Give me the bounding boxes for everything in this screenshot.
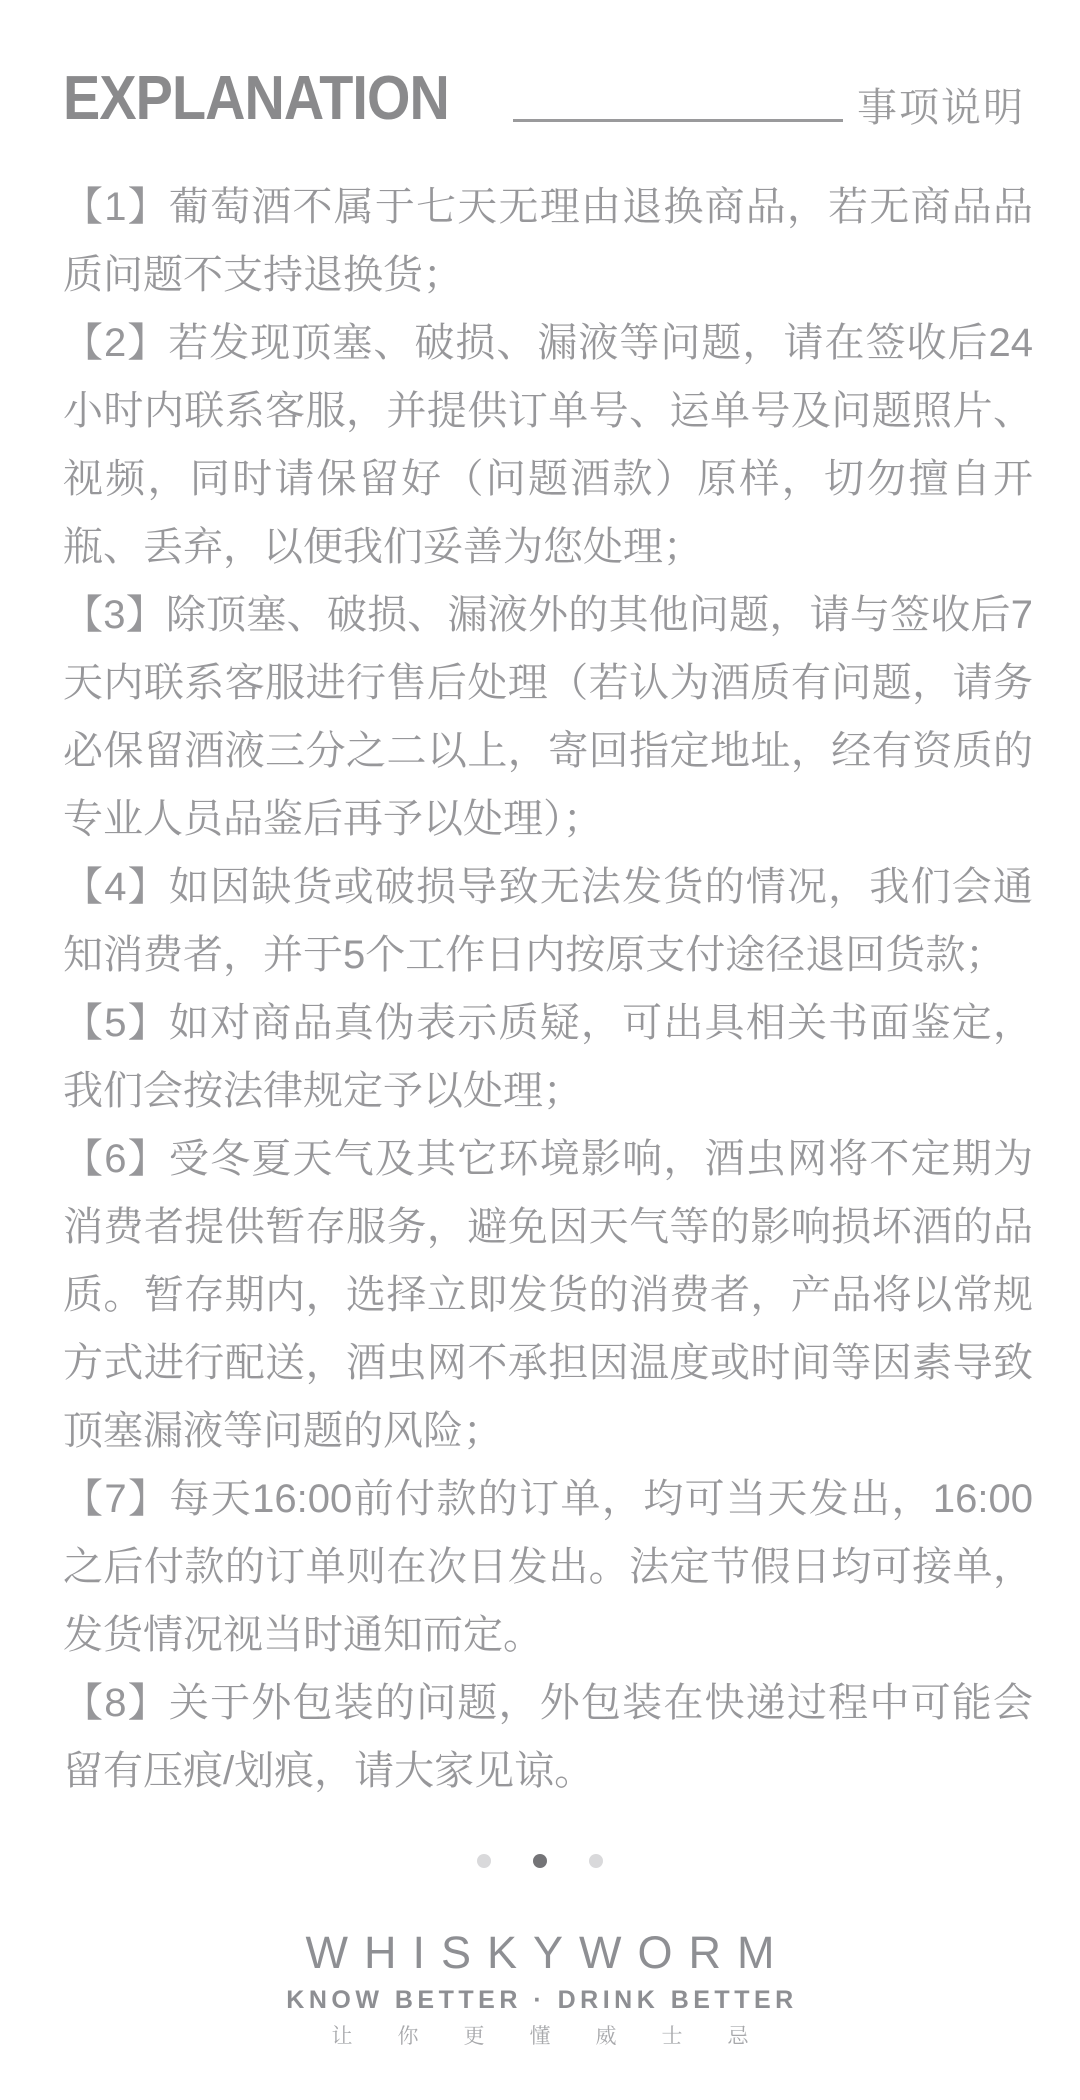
brand-slogan-en: KNOW BETTER · DRINK BETTER	[0, 1988, 1080, 2013]
brand-name: WHISKYWORM	[0, 1930, 1080, 1975]
product-description-page: EXPLANATION 事项说明 【1】葡萄酒不属于七天无理由退换商品，若无商品…	[0, 0, 1080, 2100]
term-item-8: 【8】关于外包装的问题，外包装在快递过程中可能会留有压痕/划痕，请大家见谅。	[63, 1669, 1033, 1805]
term-item-4: 【4】如因缺货或破损导致无法发货的情况，我们会通知消费者，并于5个工作日内按原支…	[63, 853, 1033, 989]
term-item-3: 【3】除顶塞、破损、漏液外的其他问题，请与签收后7天内联系客服进行售后处理（若认…	[63, 581, 1033, 853]
pagination-dot[interactable]	[589, 1854, 603, 1868]
term-item-5: 【5】如对商品真伪表示质疑，可出具相关书面鉴定，我们会按法律规定予以处理；	[63, 989, 1033, 1125]
brand-slogan-cn: 让你更懂威士忌	[0, 2025, 1080, 2049]
carousel-pagination	[0, 1854, 1080, 1868]
term-item-1: 【1】葡萄酒不属于七天无理由退换商品，若无商品品质问题不支持退换货；	[63, 173, 1033, 309]
section-title-cn: 事项说明	[857, 86, 1025, 130]
brand-footer: WHISKYWORM KNOW BETTER · DRINK BETTER 让你…	[0, 1930, 1080, 2049]
section-title-en: EXPLANATION	[63, 68, 513, 130]
pagination-dot[interactable]	[533, 1854, 547, 1868]
pagination-dot[interactable]	[477, 1854, 491, 1868]
section-header: EXPLANATION 事项说明	[0, 68, 1080, 130]
section-title-en-text: EXPLANATION	[63, 68, 449, 130]
term-item-6: 【6】受冬夏天气及其它环境影响，酒虫网将不定期为消费者提供暂存服务，避免因天气等…	[63, 1125, 1033, 1465]
terms-list: 【1】葡萄酒不属于七天无理由退换商品，若无商品品质问题不支持退换货； 【2】若发…	[63, 173, 1033, 1805]
header-divider-line	[513, 119, 843, 122]
term-item-7: 【7】每天16:00前付款的订单，均可当天发出，16:00之后付款的订单则在次日…	[63, 1465, 1033, 1669]
term-item-2: 【2】若发现顶塞、破损、漏液等问题，请在签收后24小时内联系客服，并提供订单号、…	[63, 309, 1033, 581]
